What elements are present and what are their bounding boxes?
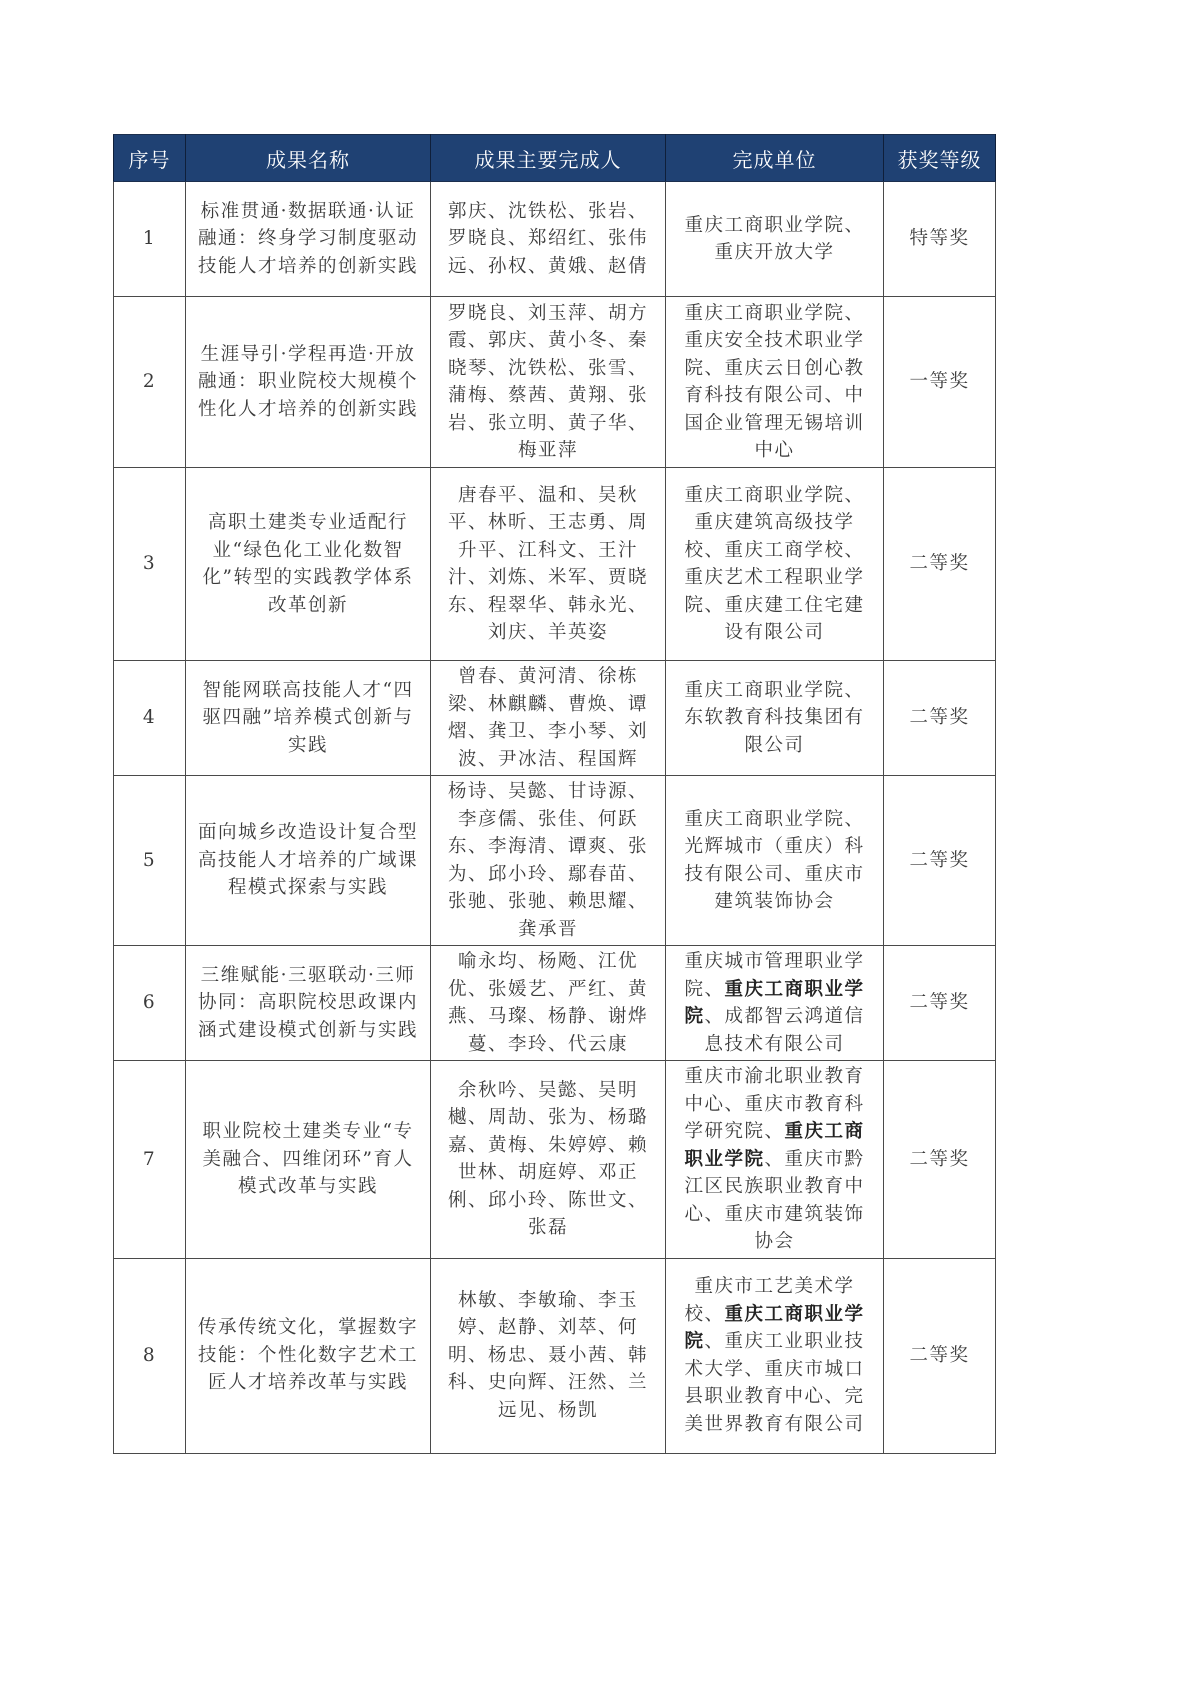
unit-text: 重庆工商职业学院、重庆安全技术职业学院、重庆云日创心教育科技有限公司、中国企业管… <box>684 303 864 462</box>
cell-unit: 重庆市工艺美术学校、重庆工商职业学院、重庆工业职业技术大学、重庆市城口县职业教育… <box>666 1258 884 1453</box>
cell-no: 5 <box>114 776 186 946</box>
cell-level: 二等奖 <box>884 1258 996 1453</box>
cell-unit: 重庆工商职业学院、重庆建筑高级技学校、重庆工商学校、重庆艺术工程职业学院、重庆建… <box>666 468 884 661</box>
cell-people: 喻永均、杨飏、江优优、张媛艺、严红、黄燕、马璨、杨静、谢烨蔓、李玲、代云康 <box>431 946 666 1061</box>
table-row: 7 职业院校土建类专业“专美融合、四维闭环”育人模式改革与实践 余秋吟、吴懿、吴… <box>114 1061 996 1259</box>
document-page: 序号 成果名称 成果主要完成人 完成单位 获奖等级 1 标准贯通·数据联通·认证… <box>0 0 1200 1698</box>
unit-text: 重庆工商职业学院、东软教育科技集团有限公司 <box>684 680 864 756</box>
table-row: 6 三维赋能·三驱联动·三师协同：高职院校思政课内涵式建设模式创新与实践 喻永均… <box>114 946 996 1061</box>
cell-name: 生涯导引·学程再造·开放融通：职业院校大规模个性化人才培养的创新实践 <box>186 297 431 468</box>
table-row: 3 高职土建类专业适配行业“绿色化工业化数智化”转型的实践教学体系改革创新 唐春… <box>114 468 996 661</box>
cell-unit: 重庆工商职业学院、东软教育科技集团有限公司 <box>666 661 884 776</box>
table-row: 4 智能网联高技能人才“四驱四融”培养模式创新与实践 曾春、黄河清、徐栋梁、林麒… <box>114 661 996 776</box>
cell-people: 罗晓良、刘玉萍、胡方霞、郭庆、黄小冬、秦晓琴、沈铁松、张雪、蒲梅、蔡茜、黄翔、张… <box>431 297 666 468</box>
column-header-unit: 完成单位 <box>666 135 884 182</box>
cell-no: 2 <box>114 297 186 468</box>
awards-table: 序号 成果名称 成果主要完成人 完成单位 获奖等级 1 标准贯通·数据联通·认证… <box>113 134 996 1454</box>
column-header-level: 获奖等级 <box>884 135 996 182</box>
cell-no: 4 <box>114 661 186 776</box>
cell-unit: 重庆工商职业学院、光辉城市（重庆）科技有限公司、重庆市建筑装饰协会 <box>666 776 884 946</box>
cell-unit: 重庆市渝北职业教育中心、重庆市教育科学研究院、重庆工商职业学院、重庆市黔江区民族… <box>666 1061 884 1259</box>
table-row: 2 生涯导引·学程再造·开放融通：职业院校大规模个性化人才培养的创新实践 罗晓良… <box>114 297 996 468</box>
cell-name: 传承传统文化，掌握数字技能：个性化数字艺术工匠人才培养改革与实践 <box>186 1258 431 1453</box>
cell-level: 二等奖 <box>884 946 996 1061</box>
column-header-people: 成果主要完成人 <box>431 135 666 182</box>
cell-name: 面向城乡改造设计复合型高技能人才培养的广域课程模式探索与实践 <box>186 776 431 946</box>
cell-level: 二等奖 <box>884 468 996 661</box>
cell-people: 林敏、李敏瑜、李玉婷、赵静、刘萃、何明、杨忠、聂小茜、韩科、史向辉、汪然、兰远见… <box>431 1258 666 1453</box>
cell-no: 3 <box>114 468 186 661</box>
cell-no: 6 <box>114 946 186 1061</box>
cell-name: 智能网联高技能人才“四驱四融”培养模式创新与实践 <box>186 661 431 776</box>
cell-no: 8 <box>114 1258 186 1453</box>
cell-name: 三维赋能·三驱联动·三师协同：高职院校思政课内涵式建设模式创新与实践 <box>186 946 431 1061</box>
cell-people: 曾春、黄河清、徐栋梁、林麒麟、曹焕、谭熠、龚卫、李小琴、刘波、尹冰洁、程国辉 <box>431 661 666 776</box>
cell-level: 二等奖 <box>884 776 996 946</box>
cell-people: 郭庆、沈铁松、张岩、罗晓良、郑绍红、张伟远、孙权、黄娥、赵倩 <box>431 182 666 297</box>
cell-level: 特等奖 <box>884 182 996 297</box>
cell-unit: 重庆城市管理职业学院、重庆工商职业学院、成都智云鸿道信息技术有限公司 <box>666 946 884 1061</box>
cell-no: 1 <box>114 182 186 297</box>
cell-name: 高职土建类专业适配行业“绿色化工业化数智化”转型的实践教学体系改革创新 <box>186 468 431 661</box>
unit-text: 重庆工商职业学院、光辉城市（重庆）科技有限公司、重庆市建筑装饰协会 <box>684 809 864 913</box>
cell-people: 唐春平、温和、吴秋平、林昕、王志勇、周升平、江科文、王汁汁、刘炼、米军、贾晓东、… <box>431 468 666 661</box>
unit-text: 、成都智云鸿道信息技术有限公司 <box>704 1006 864 1055</box>
cell-unit: 重庆工商职业学院、重庆开放大学 <box>666 182 884 297</box>
table-row: 5 面向城乡改造设计复合型高技能人才培养的广域课程模式探索与实践 杨诗、吴懿、甘… <box>114 776 996 946</box>
unit-text: 、重庆工业职业技术大学、重庆市城口县职业教育中心、完美世界教育有限公司 <box>684 1331 864 1435</box>
table-row: 8 传承传统文化，掌握数字技能：个性化数字艺术工匠人才培养改革与实践 林敏、李敏… <box>114 1258 996 1453</box>
cell-unit: 重庆工商职业学院、重庆安全技术职业学院、重庆云日创心教育科技有限公司、中国企业管… <box>666 297 884 468</box>
cell-no: 7 <box>114 1061 186 1259</box>
column-header-no: 序号 <box>114 135 186 182</box>
table-row: 1 标准贯通·数据联通·认证融通：终身学习制度驱动技能人才培养的创新实践 郭庆、… <box>114 182 996 297</box>
cell-name: 职业院校土建类专业“专美融合、四维闭环”育人模式改革与实践 <box>186 1061 431 1259</box>
table-header-row: 序号 成果名称 成果主要完成人 完成单位 获奖等级 <box>114 135 996 182</box>
unit-text: 重庆工商职业学院、重庆建筑高级技学校、重庆工商学校、重庆艺术工程职业学院、重庆建… <box>684 485 864 644</box>
column-header-name: 成果名称 <box>186 135 431 182</box>
cell-name: 标准贯通·数据联通·认证融通：终身学习制度驱动技能人才培养的创新实践 <box>186 182 431 297</box>
cell-people: 余秋吟、吴懿、吴明樾、周劼、张为、杨璐嘉、黄梅、朱婷婷、赖世林、胡庭婷、邓正俐、… <box>431 1061 666 1259</box>
cell-level: 一等奖 <box>884 297 996 468</box>
cell-level: 二等奖 <box>884 1061 996 1259</box>
cell-people: 杨诗、吴懿、甘诗源、李彦儒、张佳、何跃东、李海清、谭爽、张为、邱小玲、鄢春苗、张… <box>431 776 666 946</box>
cell-level: 二等奖 <box>884 661 996 776</box>
unit-text: 重庆工商职业学院、重庆开放大学 <box>684 215 864 264</box>
